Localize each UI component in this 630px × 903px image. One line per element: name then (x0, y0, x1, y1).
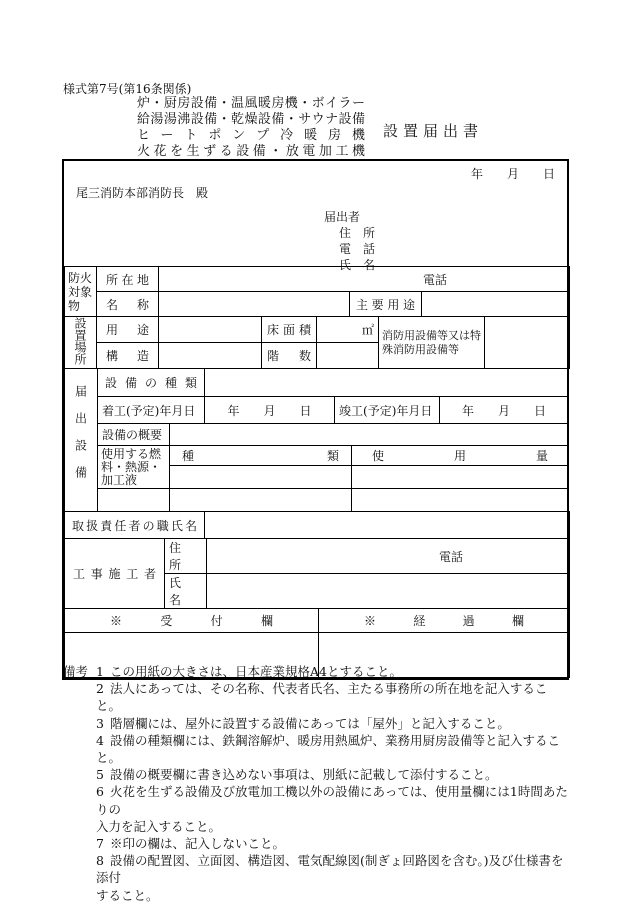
main-use-input-cell[interactable] (422, 292, 570, 317)
summary-input-cell[interactable] (170, 424, 569, 446)
handler-table: 取扱責任者の職氏名 (64, 511, 570, 539)
remark-item: 6火花を生ずる設備及び放電加工機以外の設備にあっては、使用量欄には1時間あたりの (96, 783, 570, 817)
name-input-cell[interactable] (159, 292, 350, 317)
fire-object-group-label: 防火対象物 (65, 267, 97, 317)
remark-item: 1この用紙の大きさは、日本産業規格A4とすること。 (96, 663, 570, 680)
equipment-line: 給湯湯沸設備・乾燥設備・サウナ設備 (137, 112, 365, 128)
form-page: 様式第7号(第16条関係) 炉・厨房設備・温風暖房機・ボイラー 給湯湯沸設備・乾… (0, 0, 630, 903)
equipment-type-label: 設備の種類 (98, 369, 205, 397)
fuel-amount-input-cell-2[interactable] (352, 489, 569, 512)
contractor-name-input-cell[interactable] (207, 574, 570, 609)
contractor-name-label: 氏 名 (165, 574, 207, 609)
fuel-extra-label-cell[interactable] (98, 489, 170, 512)
complete-date-label: 竣工(予定)年月日 (335, 397, 440, 424)
equipment-type-input-cell[interactable] (205, 369, 569, 397)
form-frame: 年 月 日 尾三消防本部消防長 殿 届出者 住 所 電 話 氏 名 防火対象物 … (62, 159, 569, 680)
date-line[interactable]: 年 月 日 (64, 165, 567, 184)
equipment-line: 火花を生ずる設備・放電加工機 (137, 144, 365, 160)
contractor-group-label: 工事施工者 (65, 539, 165, 609)
remarks-section: 備考 1この用紙の大きさは、日本産業規格A4とすること。 2法人にあっては、その… (63, 663, 570, 903)
notifier-block: 届出者 住 所 電 話 氏 名 (324, 209, 567, 273)
remark-item-continuation: すること。 (96, 887, 570, 903)
location-phone-label: 電話 (423, 271, 447, 288)
notified-equipment-group-label: 届出設備 (65, 369, 98, 512)
contractor-address-input-cell[interactable]: 電話 (207, 539, 570, 574)
remark-item: 8設備の配置図、立面図、構造図、電気配線図(制ぎょ回路図を含む。)及び仕様書を添… (96, 852, 570, 886)
notified-equipment-table: 届出設備 設備の種類 着工(予定)年月日 年 月 日 竣工(予定)年月日 年 月… (64, 368, 569, 512)
floors-label: 階数 (262, 343, 317, 369)
remark-item: 3階層欄には、屋外に設置する設備にあっては「屋外」と記入すること。 (96, 715, 570, 732)
progress-column-header: ※ 経 過 欄 (319, 609, 570, 633)
use-label: 用途 (97, 317, 159, 343)
use-input-cell[interactable] (159, 317, 262, 343)
structure-label: 構造 (97, 343, 159, 369)
floor-area-input-cell[interactable]: ㎡ (317, 317, 379, 343)
install-site-group-label: 設置場所 (65, 317, 97, 369)
structure-input-cell[interactable] (159, 343, 262, 369)
remark-item: 7※印の欄は、記入しないこと。 (96, 835, 570, 852)
handler-input-cell[interactable] (205, 512, 570, 539)
notifier-phone-label[interactable]: 電 話 (324, 241, 567, 257)
fuel-amount-header: 使 用 量 (352, 446, 569, 466)
form-header: 年 月 日 尾三消防本部消防長 殿 届出者 住 所 電 話 氏 名 (64, 161, 567, 267)
summary-label: 設備の概要 (98, 424, 170, 446)
addressee: 尾三消防本部消防長 殿 (64, 184, 567, 205)
contractor-address-label: 住 所 (165, 539, 207, 574)
fuel-type-header: 種 類 (170, 446, 352, 466)
name-label: 名称 (97, 292, 159, 317)
start-date-input-cell[interactable]: 年 月 日 (205, 397, 335, 424)
form-code: 様式第7号(第16条関係) (63, 80, 191, 97)
fuel-type-input-cell[interactable] (170, 466, 352, 489)
contractor-phone-label: 電話 (439, 548, 463, 565)
main-use-label: 主要用途 (350, 292, 422, 317)
location-label: 所在地 (97, 267, 159, 292)
remark-item: 4設備の種類欄には、鉄鋼溶解炉、暖房用熱風炉、業務用厨房設備等と記入すること。 (96, 732, 570, 766)
remark-item: 2法人にあっては、その名称、代表者氏名、主たる事務所の所在地を記入すること。 (96, 680, 570, 714)
notifier-address-label[interactable]: 住 所 (324, 225, 567, 241)
equipment-line: ヒートポンプ冷暖房機 (137, 128, 365, 144)
fire-equipment-label: 消防用設備等又は特殊消防用設備等 (379, 317, 485, 369)
fire-object-table: 防火対象物 所在地 電話 名称 主要用途 (64, 266, 570, 317)
complete-date-input-cell[interactable]: 年 月 日 (440, 397, 569, 424)
remark-item-continuation: 入力を記入すること。 (96, 818, 570, 835)
reception-column-header: ※ 受 付 欄 (65, 609, 319, 633)
floor-area-unit: ㎡ (362, 323, 374, 337)
start-date-label: 着工(予定)年月日 (98, 397, 205, 424)
document-title: 設置届出書 (383, 120, 483, 141)
fuel-type-input-cell-2[interactable] (170, 489, 352, 512)
notifier-label: 届出者 (324, 209, 567, 225)
floors-input-cell[interactable] (317, 343, 379, 369)
contractor-table: 工事施工者 住 所 電話 氏 名 (64, 538, 570, 609)
fuel-label: 使用する燃料・熱源・加工液 (98, 446, 170, 489)
remark-item: 5設備の概要欄に書き込めない事項は、別紙に記載して添付すること。 (96, 766, 570, 783)
handler-label: 取扱責任者の職氏名 (65, 512, 205, 539)
fuel-amount-input-cell[interactable] (352, 466, 569, 489)
install-site-table: 設置場所 用途 床面積 ㎡ 消防用設備等又は特殊消防用設備等 構造 階数 (64, 316, 570, 369)
location-input-cell[interactable]: 電話 (159, 267, 570, 292)
equipment-line: 炉・厨房設備・温風暖房機・ボイラー (137, 96, 365, 112)
remarks-list: 1この用紙の大きさは、日本産業規格A4とすること。 2法人にあっては、その名称、… (96, 663, 570, 903)
remarks-label: 備考 (63, 663, 96, 903)
floor-area-label: 床面積 (262, 317, 317, 343)
equipment-title-block: 炉・厨房設備・温風暖房機・ボイラー 給湯湯沸設備・乾燥設備・サウナ設備 ヒートポ… (137, 96, 365, 160)
fire-equipment-input-cell[interactable] (485, 317, 570, 369)
